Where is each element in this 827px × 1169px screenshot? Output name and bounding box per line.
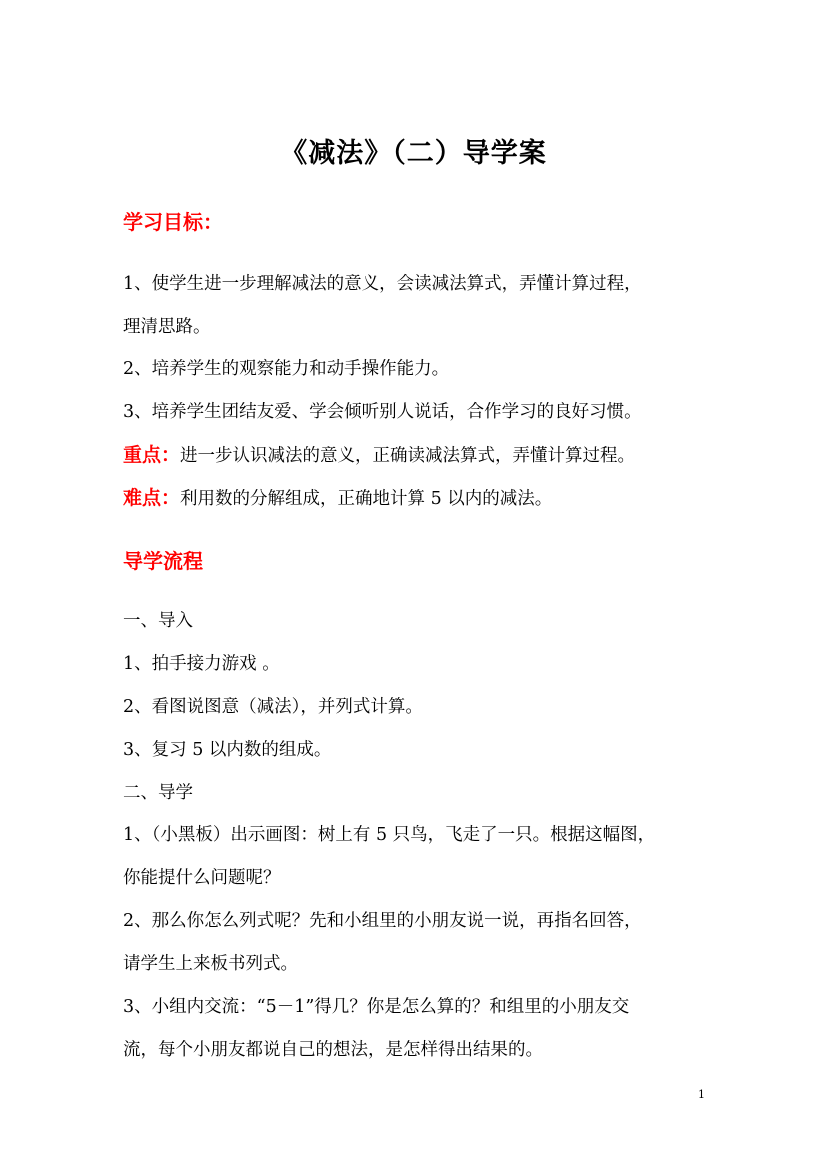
objective-item-3: 3、培养学生团结友爱、学会倾听别人说话，合作学习的良好习惯。 — [123, 400, 642, 424]
section-2-line-4: 请学生上来板书列式。 — [123, 952, 298, 976]
section-2-line-1: 1、（小黑板）出示画图：树上有 5 只鸟，飞走了一只。根据这幅图， — [123, 823, 655, 847]
section-2-line-6: 流，每个小朋友都说自己的想法，是怎样得出结果的。 — [123, 1038, 543, 1062]
document-page: 《减法》（二）导学案 学习目标： 1、使学生进一步理解减法的意义，会读减法算式，… — [0, 0, 827, 1169]
objectives-heading: 学习目标： — [123, 210, 223, 234]
section-1-title: 一、导入 — [123, 609, 193, 633]
objective-item-1-cont: 理清思路。 — [123, 315, 211, 339]
objective-item-2: 2、培养学生的观察能力和动手操作能力。 — [123, 357, 449, 381]
section-1-item-2: 2、看图说图意（减法），并列式计算。 — [123, 695, 423, 719]
process-heading: 导学流程 — [123, 549, 203, 573]
section-1-item-3: 3、复习 5 以内数的组成。 — [123, 738, 331, 762]
section-2-line-5: 3、小组内交流：“5－1”得几？你是怎么算的？和组里的小朋友交 — [123, 995, 629, 1019]
section-2-line-3: 2、那么你怎么列式呢？先和小组里的小朋友说一说，再指名回答， — [123, 909, 642, 933]
difficulty-text: 利用数的分解组成，正确地计算 5 以内的减法。 — [180, 489, 552, 509]
section-2-line-2: 你能提什么问题呢？ — [123, 866, 281, 890]
difficulty-label: 难点： — [123, 487, 180, 509]
key-point-label: 重点： — [123, 444, 180, 466]
section-2-title: 二、导学 — [123, 781, 193, 805]
document-title: 《减法》（二）导学案 — [0, 131, 827, 170]
page-number: 1 — [698, 1088, 705, 1101]
key-point: 重点：进一步认识减法的意义，正确读减法算式，弄懂计算过程。 — [123, 443, 635, 468]
section-1-item-1: 1、拍手接力游戏 。 — [123, 652, 280, 676]
objective-item-1: 1、使学生进一步理解减法的意义，会读减法算式，弄懂计算过程， — [123, 272, 642, 296]
key-point-text: 进一步认识减法的意义，正确读减法算式，弄懂计算过程。 — [180, 446, 635, 466]
difficulty-point: 难点：利用数的分解组成，正确地计算 5 以内的减法。 — [123, 486, 552, 511]
